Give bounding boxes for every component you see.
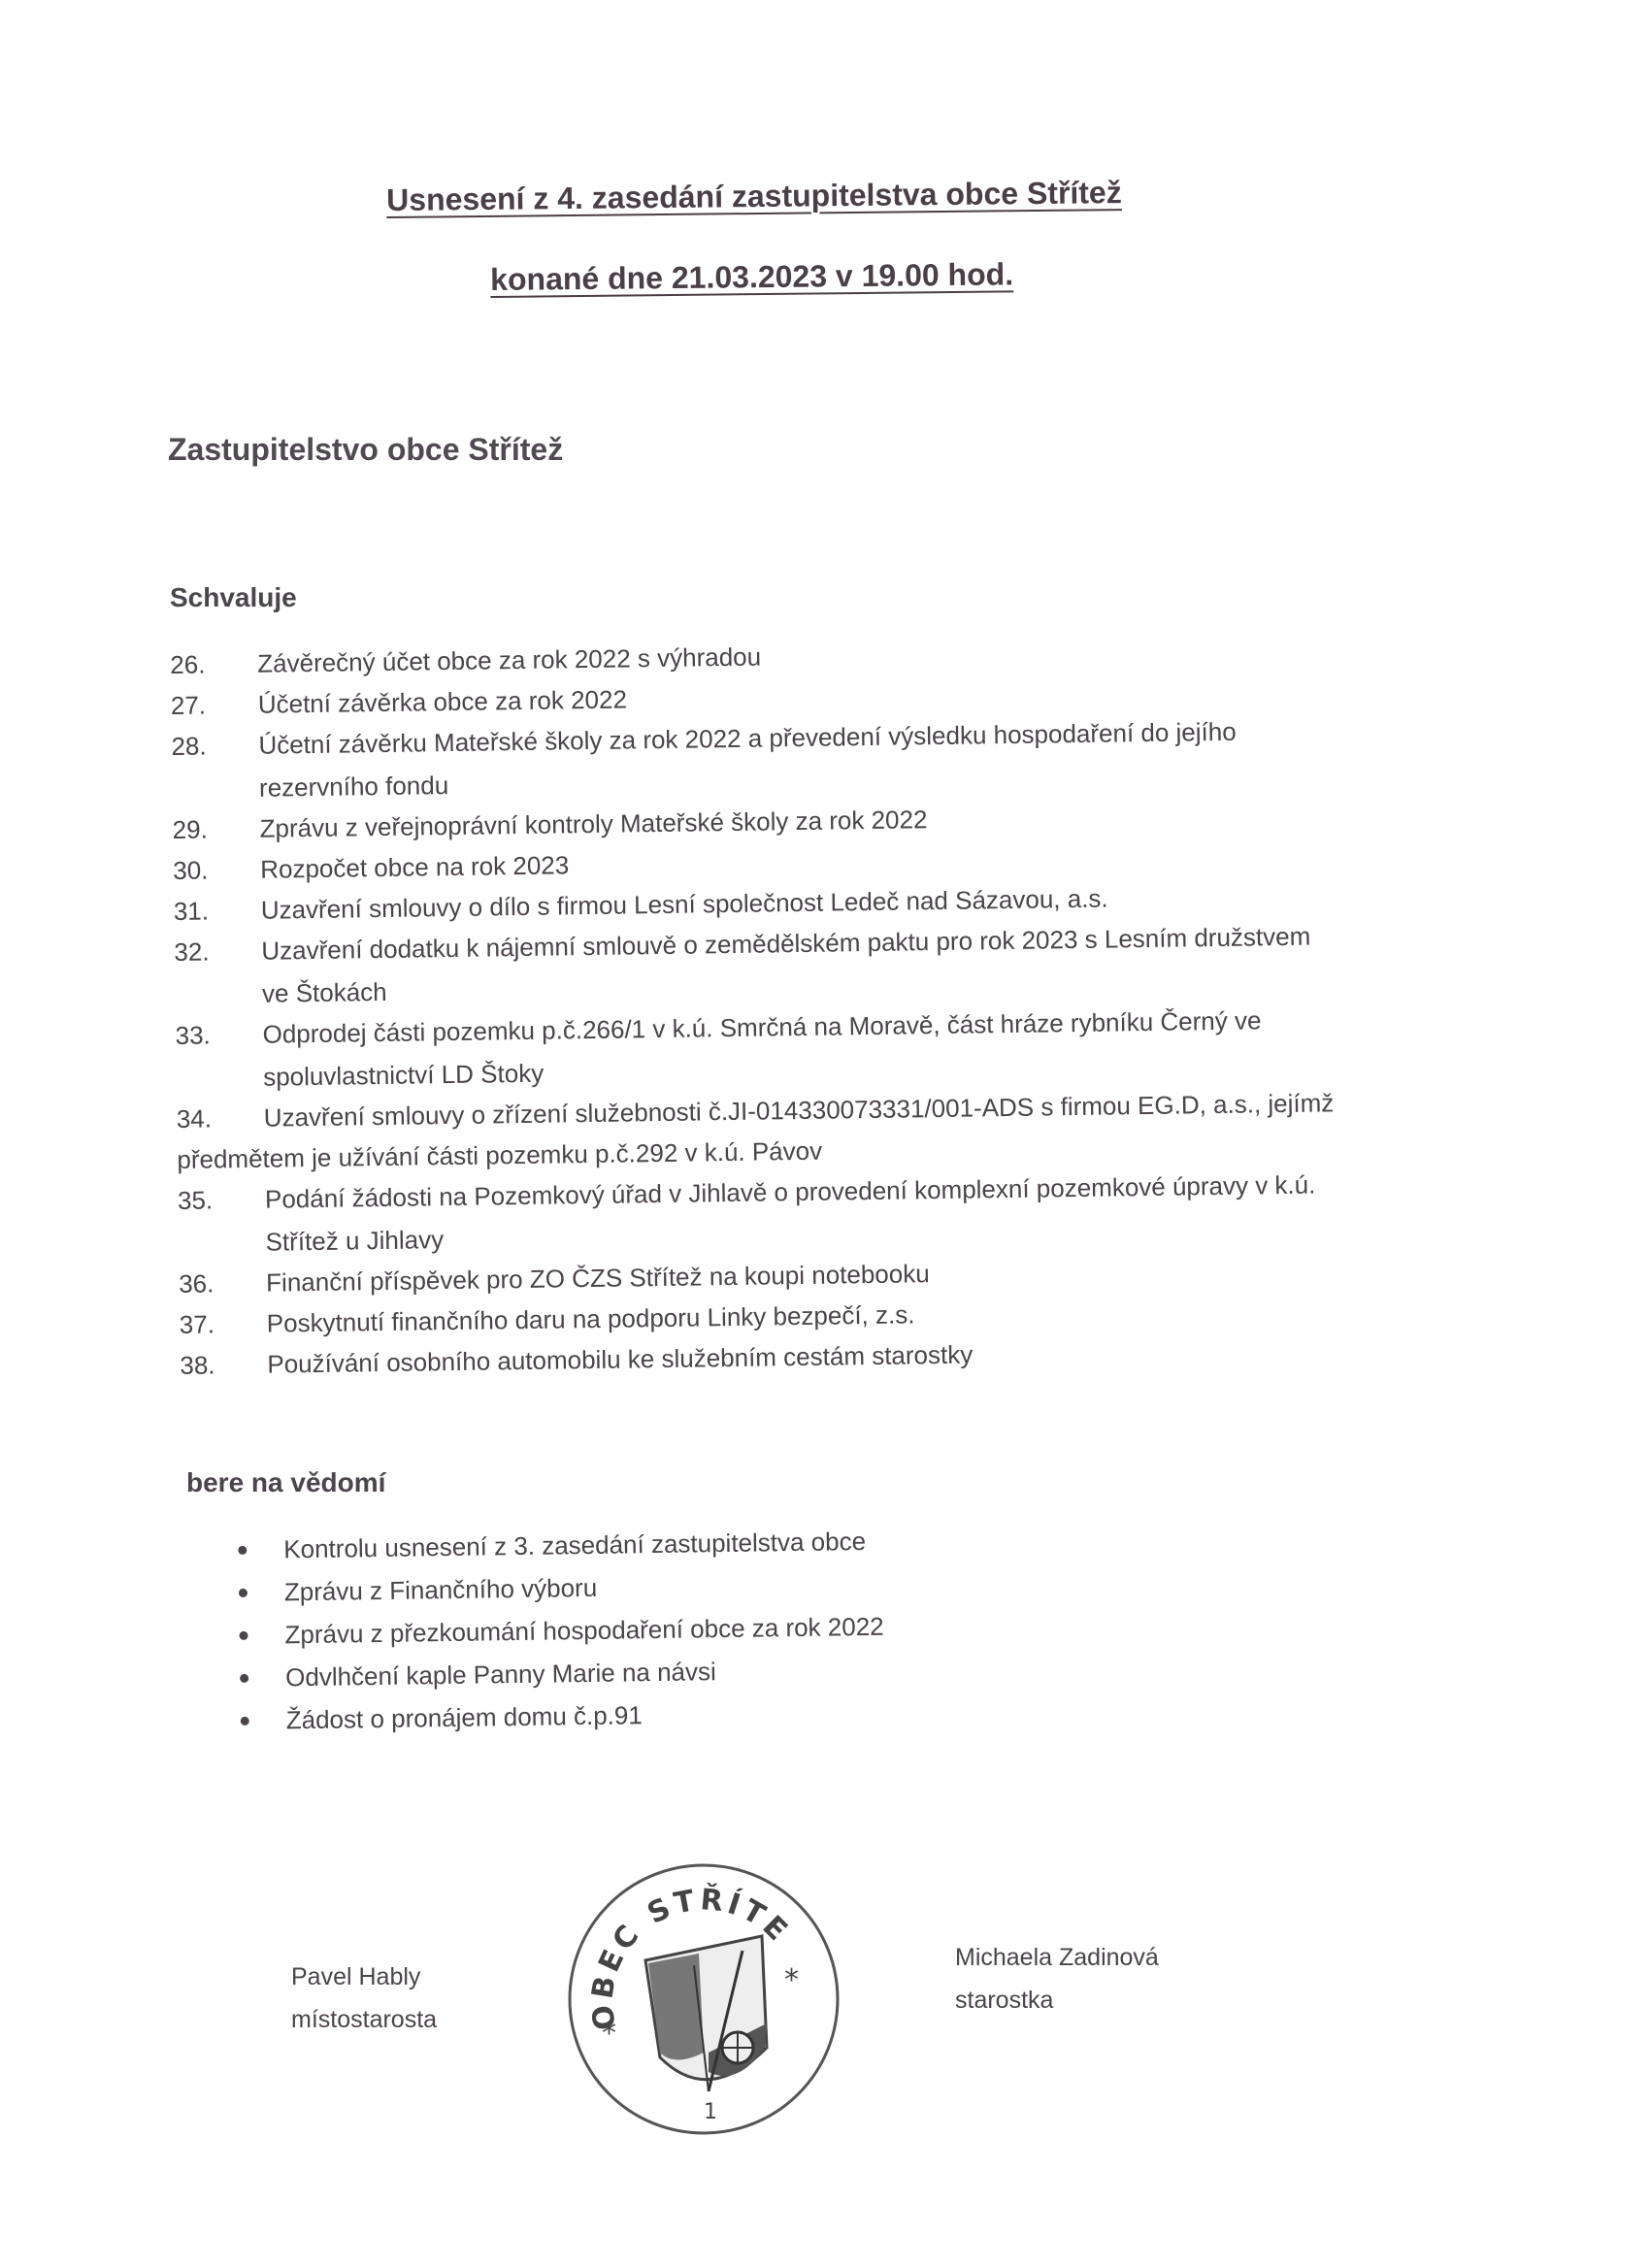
item-number: 37. — [179, 1304, 267, 1344]
noted-item-text: Zprávu z Finančního výboru — [284, 1566, 598, 1613]
item-number: 36. — [179, 1264, 267, 1303]
item-text-line: Rozpočet obce na rok 2023 — [260, 850, 569, 883]
svg-text:*: * — [602, 2017, 616, 2051]
item-number: 35. — [178, 1180, 266, 1263]
item-text-line: Účetní závěrka obce za rok 2022 — [258, 684, 627, 718]
approved-item: 35.Podání žádosti na Pozemkový úřad v Ji… — [178, 1164, 1440, 1263]
item-number: 27. — [171, 685, 259, 725]
signature-deputy-mayor: Pavel Hably místostarosta — [291, 1956, 437, 2041]
item-number: 31. — [174, 891, 262, 931]
item-number: 34. — [177, 1099, 265, 1138]
approved-item: 33.Odprodej části pozemku p.č.266/1 v k.… — [175, 999, 1437, 1098]
item-text-line: Zprávu z veřejnoprávní kontroly Mateřské… — [259, 805, 927, 843]
item-text: Podání žádosti na Pozemkový úřad v Jihla… — [265, 1164, 1440, 1262]
noted-item-text: Kontrolu usnesení z 3. zasedání zastupit… — [283, 1520, 866, 1570]
bullet-icon — [238, 1545, 247, 1554]
item-number: 26. — [170, 644, 258, 684]
noted-item-text: Odvlhčení kaple Panny Marie na návsi — [285, 1650, 716, 1698]
bullet-icon — [239, 1630, 247, 1639]
deputy-mayor-name: Pavel Hably — [291, 1956, 437, 1998]
approved-item: 28.Účetní závěrku Mateřské školy za rok … — [171, 709, 1434, 808]
approved-item: 32.Uzavření dodatku k nájemní smlouvě o … — [174, 915, 1436, 1014]
approves-heading: Schvaluje — [170, 582, 297, 613]
mayor-name: Michaela Zadinová — [955, 1936, 1159, 1979]
svg-text:*: * — [784, 1963, 799, 1997]
bullet-icon — [241, 1716, 249, 1725]
item-text: Odprodej části pozemku p.č.266/1 v k.ú. … — [262, 999, 1437, 1097]
noted-item: Kontrolu usnesení z 3. zasedání zastupit… — [238, 1520, 883, 1571]
item-number: 38. — [180, 1345, 268, 1385]
document-page: Usnesení z 4. zasedání zastupitelstva ob… — [0, 0, 1650, 2268]
noted-item: Žádost o pronájem domu č.p.91 — [240, 1691, 885, 1742]
item-text-line: Finanční příspěvek pro ZO ČZS Střítež na… — [266, 1259, 930, 1298]
item-number: 28. — [171, 726, 259, 808]
bullet-icon — [240, 1673, 248, 1682]
meeting-date: konané dne 21.03.2023 v 19.00 hod. — [490, 256, 1013, 298]
item-text-line: Odprodej části pozemku p.č.266/1 v k.ú. … — [262, 1005, 1261, 1048]
item-text-line: Závěrečný účet obce za rok 2022 s výhrad… — [257, 641, 761, 677]
item-text-continuation: předmětem je užívání části pozemku p.č.2… — [177, 1132, 822, 1179]
municipal-stamp-icon: OBEC STŘÍTEŽ * * 1 — [563, 1858, 844, 2140]
item-text-line: Uzavření dodatku k nájemní smlouvě o zem… — [261, 922, 1310, 966]
mayor-role: starostka — [955, 1979, 1159, 2021]
item-text: Účetní závěrku Mateřské školy za rok 202… — [258, 709, 1434, 807]
bullet-icon — [239, 1588, 247, 1596]
deputy-mayor-role: místostarosta — [291, 1998, 437, 2041]
item-number: 30. — [173, 850, 261, 890]
item-text: Uzavření dodatku k nájemní smlouvě o zem… — [261, 915, 1436, 1013]
item-text-line: Uzavření smlouvy o dílo s firmou Lesní s… — [261, 884, 1108, 925]
item-number: 33. — [175, 1015, 263, 1098]
noted-items-list: Kontrolu usnesení z 3. zasedání zastupit… — [238, 1520, 885, 1742]
item-text-line: Účetní závěrku Mateřské školy za rok 202… — [258, 717, 1237, 760]
item-text-line: Používání osobního automobilu ke služebn… — [267, 1340, 973, 1379]
document-title: Usnesení z 4. zasedání zastupitelstva ob… — [386, 175, 1122, 218]
noted-item-text: Žádost o pronájem domu č.p.91 — [285, 1693, 643, 1741]
item-number: 32. — [174, 932, 262, 1014]
noted-item-text: Zprávu z přezkoumání hospodaření obce za… — [284, 1605, 884, 1657]
item-number: 29. — [172, 809, 260, 849]
svg-text:1: 1 — [704, 2100, 717, 2124]
organization-heading: Zastupitelstvo obce Střítež — [168, 432, 563, 468]
signature-mayor: Michaela Zadinová starostka — [955, 1936, 1159, 2021]
noted-item: Zprávu z přezkoumání hospodaření obce za… — [239, 1605, 884, 1657]
item-text-line: Podání žádosti na Pozemkový úřad v Jihla… — [265, 1170, 1316, 1214]
approved-items-list: 26.Závěrečný účet obce za rok 2022 s výh… — [170, 628, 1442, 1387]
noted-heading: bere na vědomí — [186, 1467, 385, 1498]
item-text-line: Poskytnutí finančního daru na podporu Li… — [267, 1299, 915, 1337]
